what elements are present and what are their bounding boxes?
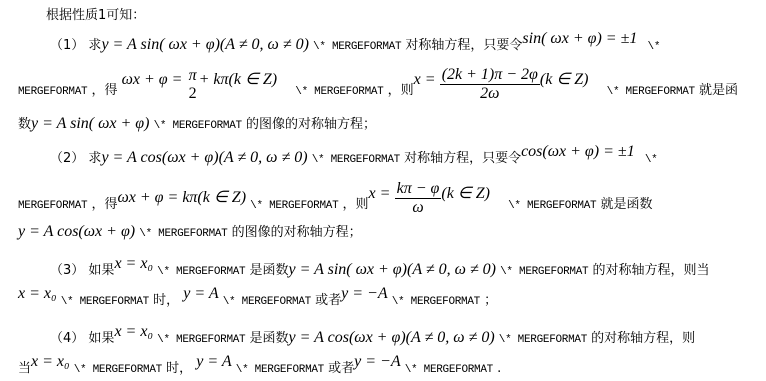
text: 求 — [88, 38, 101, 53]
text: 时， — [153, 293, 179, 308]
equation: x = x₀ — [114, 323, 153, 340]
text: 求 — [88, 151, 101, 166]
field-code: \* MERGEFORMAT — [508, 200, 596, 212]
equation: x = — [369, 185, 391, 202]
equation: x = x₀ — [18, 285, 57, 302]
equation: y = A — [196, 353, 231, 370]
text: ，则 — [343, 197, 369, 212]
text: 时， — [166, 361, 192, 376]
equation: y = −A — [354, 353, 400, 370]
item-3-line-1: （3） 如果x = x₀ \* MERGEFORMAT 是函数y = A sin… — [50, 262, 710, 280]
text: 的图像的对称轴方程； — [246, 117, 376, 132]
item-4-line-1: （4） 如果x = x₀ \* MERGEFORMAT 是函数y = A cos… — [50, 330, 695, 348]
item-3-line-2: x = x₀ \* MERGEFORMAT 时， y = A \* MERGEF… — [18, 292, 497, 310]
text: 当 — [18, 361, 31, 376]
item-1-line-3: 数y = A sin( ωx + φ) \* MERGEFORMAT 的图像的对… — [18, 116, 376, 134]
equation: sin( ωx + φ) = ±1 — [522, 30, 637, 47]
item-label: （2） — [50, 151, 84, 166]
text: 是函数 — [250, 331, 289, 346]
field-code: \* MERGEFORMAT — [157, 334, 245, 346]
field-code: \* MERGEFORMAT — [500, 266, 588, 278]
field-code: \* MERGEFORMAT — [74, 364, 162, 376]
item-4-line-2: 当x = x₀ \* MERGEFORMAT 时， y = A \* MERGE… — [18, 360, 501, 378]
text: 的对称轴方程，则当 — [592, 263, 709, 278]
field-code: \* — [648, 41, 661, 53]
text: ，得 — [91, 83, 117, 98]
equation: (k ∈ Z) — [540, 71, 589, 88]
equation: y = −A — [341, 285, 387, 302]
item-2-line-1: （2） 求y = A cos(ωx + φ)(A ≠ 0, ω ≠ 0) \* … — [50, 150, 657, 168]
text: 或者 — [328, 361, 354, 376]
field-code: \* MERGEFORMAT — [607, 86, 695, 98]
equation: y = A cos(ωx + φ)(A ≠ 0, ω ≠ 0) — [101, 149, 307, 166]
text: ，则 — [388, 83, 414, 98]
field-code: \* MERGEFORMAT — [313, 41, 401, 53]
text: 就是函数 — [600, 197, 652, 212]
fraction: (2k + 1)π − 2φ2ω — [440, 66, 540, 103]
equation: + kπ(k ∈ Z) — [199, 71, 278, 88]
equation: y = A cos(ωx + φ) — [18, 223, 135, 240]
field-code: \* MERGEFORMAT — [405, 364, 493, 376]
text: 或者 — [315, 293, 341, 308]
equation: ωx + φ = — [122, 71, 183, 88]
equation: x = x₀ — [31, 353, 70, 370]
text: 就是函 — [699, 83, 738, 98]
equation: ωx + φ = kπ(k ∈ Z) — [117, 189, 246, 206]
equation: y = A sin( ωx + φ) — [31, 115, 149, 132]
equation: x = — [414, 71, 436, 88]
text: . — [497, 361, 501, 376]
fraction: kπ − φω — [395, 180, 442, 217]
field-code: \* MERGEFORMAT — [499, 334, 587, 346]
item-label: （3） — [50, 263, 84, 278]
intro-text: 根据性质1可知： — [46, 8, 145, 24]
equation: y = A — [183, 285, 218, 302]
item-label: （1） — [50, 38, 84, 53]
field-code: \* MERGEFORMAT — [154, 120, 242, 132]
field-code: MERGEFORMAT — [18, 200, 87, 212]
item-2-line-2: MERGEFORMAT ，得ωx + φ = kπ(k ∈ Z) \* MERG… — [18, 186, 652, 224]
field-code: \* MERGEFORMAT — [236, 364, 324, 376]
text: 数 — [18, 117, 31, 132]
equation: y = A sin( ωx + φ)(A ≠ 0, ω ≠ 0) — [101, 36, 308, 53]
equation: (k ∈ Z) — [441, 185, 490, 202]
item-1-line-1: （1） 求y = A sin( ωx + φ)(A ≠ 0, ω ≠ 0) \*… — [50, 37, 660, 55]
field-code: \* MERGEFORMAT — [295, 86, 383, 98]
field-code: \* MERGEFORMAT — [392, 296, 480, 308]
field-code: \* MERGEFORMAT — [61, 296, 149, 308]
text: 的对称轴方程，则 — [591, 331, 695, 346]
text: 如果 — [88, 331, 114, 346]
text: 如果 — [88, 263, 114, 278]
field-code: \* MERGEFORMAT — [139, 228, 227, 240]
text: ； — [484, 293, 497, 308]
field-code: \* MERGEFORMAT — [250, 200, 338, 212]
field-code: \* — [645, 154, 658, 166]
equation: x = x₀ — [114, 255, 153, 272]
text: 对称轴方程，只要令 — [404, 151, 521, 166]
item-2-line-3: y = A cos(ωx + φ) \* MERGEFORMAT 的图像的对称轴… — [18, 224, 362, 242]
item-label: （4） — [50, 331, 84, 346]
item-1-line-2: MERGEFORMAT ，得 ωx + φ = π2+ kπ(k ∈ Z) \*… — [18, 72, 738, 110]
equation: y = A cos(ωx + φ)(A ≠ 0, ω ≠ 0) — [289, 329, 495, 346]
text: ，得 — [91, 197, 117, 212]
fraction: π2 — [187, 67, 199, 103]
field-code: \* MERGEFORMAT — [312, 154, 400, 166]
text: 的图像的对称轴方程； — [232, 225, 362, 240]
equation: y = A sin( ωx + φ)(A ≠ 0, ω ≠ 0) — [289, 261, 496, 278]
field-code: MERGEFORMAT — [18, 86, 87, 98]
text: 对称轴方程，只要令 — [405, 38, 522, 53]
equation: cos(ωx + φ) = ±1 — [521, 143, 635, 160]
text: 是函数 — [250, 263, 289, 278]
field-code: \* MERGEFORMAT — [223, 296, 311, 308]
field-code: \* MERGEFORMAT — [157, 266, 245, 278]
